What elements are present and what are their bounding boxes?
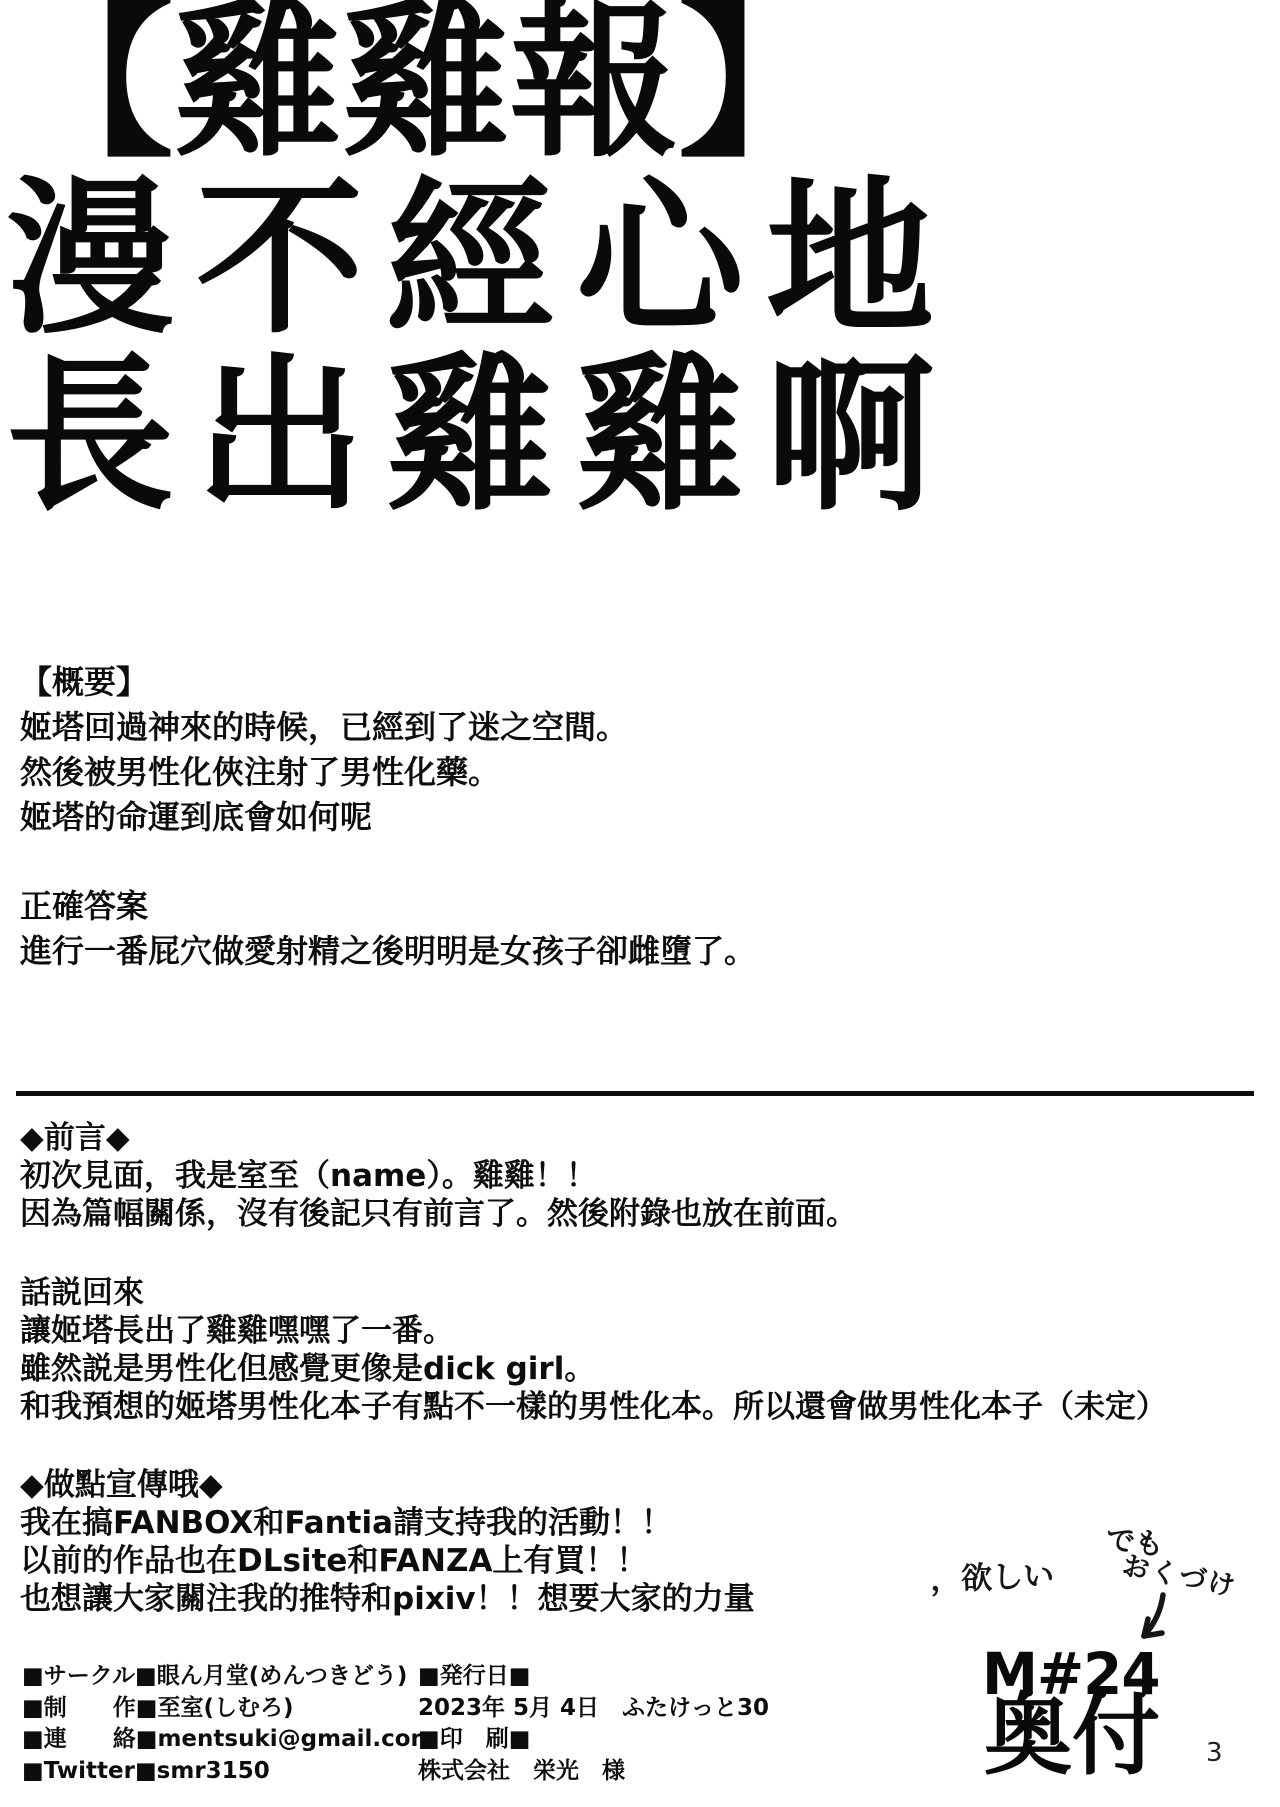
colophon-contact-row: ■連 絡■mentsuki@gmail.com (22, 1724, 435, 1756)
aside-line: 讓姬塔長出了雞雞嘿嘿了一番。 (20, 1312, 1167, 1350)
okuzuke-stamp: 奥付 (984, 1692, 1160, 1780)
summary-block: 【概要】 姬塔回過神來的時候，已經到了迷之空間。 然後被男性化俠注射了男性化藥。… (20, 660, 628, 840)
aside-line: 雖然説是男性化但感覺更像是dick girl。 (20, 1350, 1167, 1388)
foreword-line: 因為篇幅關係，沒有後記只有前言了。然後附錄也放在前面。 (20, 1195, 857, 1233)
promo-heading: ◆做點宣傳哦◆ (20, 1466, 755, 1504)
colophon-left-column: ■サークル■眼ん月堂(めんつきどう) ■制 作■至室(しむろ) ■連 絡■men… (22, 1661, 435, 1787)
aside-block: 話説回來 讓姬塔長出了雞雞嘿嘿了一番。 雖然説是男性化但感覺更像是dick gi… (20, 1274, 1167, 1426)
summary-line: 姬塔回過神來的時候，已經到了迷之空間。 (20, 705, 628, 750)
aside-heading: 話説回來 (20, 1274, 1167, 1312)
aside-line: 和我預想的姬塔男性化本子有點不一樣的男性化本。所以還會做男性化本子（未定） (20, 1388, 1167, 1426)
colophon-twitter-row: ■Twitter■smr3150 (22, 1756, 435, 1788)
foreword-line: 初次見面，我是室至（name）。雞雞！！ (20, 1157, 857, 1195)
colophon-publish-date: 2023年 5月 4日 ふたけっと30 (418, 1693, 769, 1725)
headline-line-2: 漫不經心地 (6, 171, 956, 348)
down-arrow-icon (1130, 1592, 1174, 1642)
promo-line: 也想讓大家關注我的推特和pixiv！！想要大家的力量 (20, 1580, 755, 1618)
colophon-circle-row: ■サークル■眼ん月堂(めんつきどう) (22, 1661, 435, 1693)
doujin-colophon-page: 【雞雞報】 漫不經心地 長出雞雞啊 【概要】 姬塔回過神來的時候，已經到了迷之空… (0, 0, 1280, 1807)
handwritten-want-note: ，欲しい (929, 1550, 1054, 1599)
colophon-production-row: ■制 作■至室(しむろ) (22, 1693, 435, 1725)
foreword-heading: ◆前言◆ (20, 1119, 857, 1157)
promo-line: 我在搞FANBOX和Fantia請支持我的活動！！ (20, 1504, 755, 1542)
colophon-printer: 株式会社 栄光 様 (418, 1756, 769, 1788)
headline-line-3: 長出雞雞啊 (6, 348, 956, 525)
promo-block: ◆做點宣傳哦◆ 我在搞FANBOX和Fantia請支持我的活動！！ 以前的作品也… (20, 1466, 755, 1618)
answer-block: 正確答案 進行一番屁穴做愛射精之後明明是女孩子卻雌墮了。 (20, 884, 756, 974)
page-number: 3 (1206, 1738, 1223, 1768)
answer-line: 進行一番屁穴做愛射精之後明明是女孩子卻雌墮了。 (20, 929, 756, 974)
headline-line-1: 【雞雞報】 (6, 0, 956, 171)
answer-heading: 正確答案 (20, 884, 756, 929)
summary-line: 然後被男性化俠注射了男性化藥。 (20, 750, 628, 795)
colophon-right-column: ■発行日■ 2023年 5月 4日 ふたけっと30 ■印 刷■ 株式会社 栄光 … (418, 1661, 769, 1787)
colophon-publish-heading: ■発行日■ (418, 1661, 769, 1693)
colophon-print-heading: ■印 刷■ (418, 1724, 769, 1756)
summary-line: 姬塔的命運到底會如何呢 (20, 795, 628, 840)
section-divider (16, 1091, 1254, 1096)
promo-line: 以前的作品也在DLsite和FANZA上有買！！ (20, 1542, 755, 1580)
foreword-block: ◆前言◆ 初次見面，我是室至（name）。雞雞！！ 因為篇幅關係，沒有後記只有前… (20, 1119, 857, 1233)
headline-block: 【雞雞報】 漫不經心地 長出雞雞啊 (6, 0, 956, 525)
summary-heading: 【概要】 (20, 660, 628, 705)
